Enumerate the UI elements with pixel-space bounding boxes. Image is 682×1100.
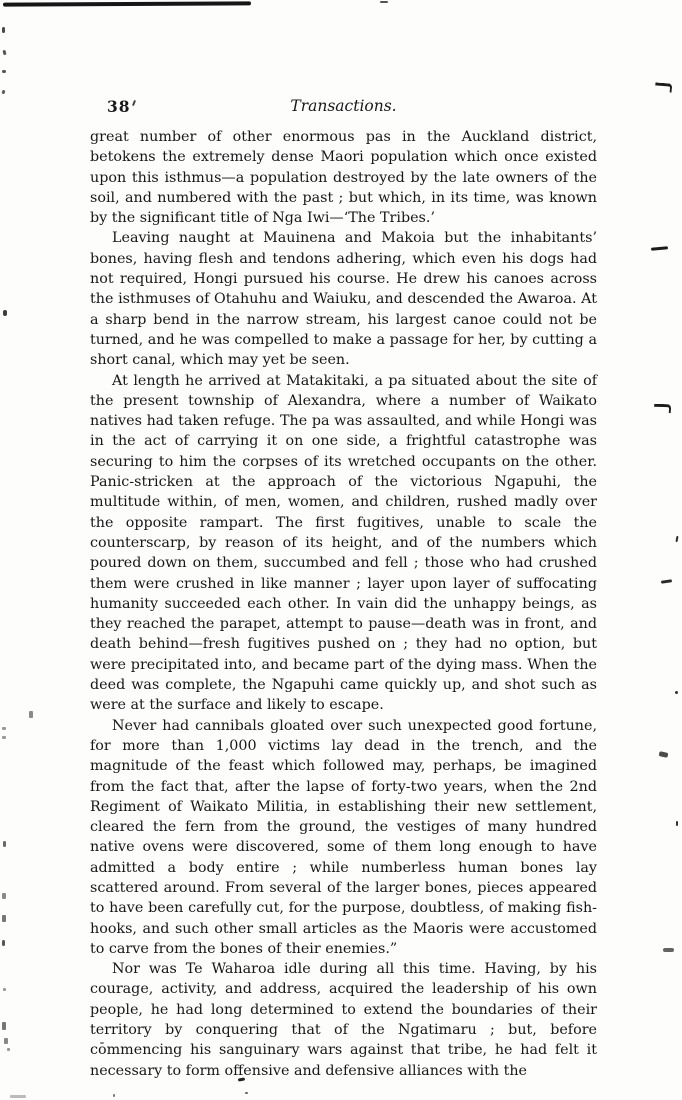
scan-artifact-bar [3, 1, 251, 6]
scan-speck [2, 70, 6, 73]
book-page: 38 Transactions. great number of other e… [0, 0, 682, 1100]
scan-speck [2, 1022, 6, 1030]
running-head-title: Transactions. [90, 97, 597, 115]
scan-speck [659, 751, 669, 758]
paragraph: Leaving naught at Mauinena and Makoia bu… [90, 228, 597, 370]
scan-speck [675, 691, 678, 694]
scan-speck [675, 536, 678, 542]
scan-speck [2, 27, 5, 33]
scan-speck [2, 736, 6, 739]
page-number: 38 [107, 97, 131, 116]
scan-speck [2, 893, 6, 899]
scan-speck [2, 727, 6, 730]
running-header: 38 Transactions. [90, 97, 597, 117]
scan-speck [2, 940, 5, 946]
scan-speck [113, 1094, 115, 1097]
scan-speck [7, 1048, 10, 1051]
scan-speck [29, 711, 33, 718]
scan-speck [10, 1095, 26, 1098]
scan-speck [380, 1, 388, 3]
scan-speck [4, 1038, 8, 1044]
paragraph: Nor was Te Waharoa idle during all this … [90, 959, 597, 1081]
paragraph: great number of other enormous pas in th… [90, 127, 597, 228]
scan-speck [3, 310, 7, 316]
scan-speck [655, 82, 673, 92]
scan-speck [2, 915, 6, 922]
page-body: great number of other enormous pas in th… [90, 127, 597, 1081]
paragraph: At length he arrived at Matakitaki, a pa… [90, 371, 597, 716]
scan-speck [663, 948, 674, 952]
scan-speck [654, 404, 671, 414]
scan-speck [1, 90, 5, 95]
scan-speck [2, 50, 6, 56]
scan-speck [245, 1092, 248, 1094]
scan-speck [3, 988, 6, 991]
scan-speck [661, 579, 672, 584]
scan-speck [3, 841, 6, 847]
paragraph: Never had cannibals gloated over such un… [90, 716, 597, 960]
scan-speck [651, 246, 668, 250]
scan-speck [676, 821, 678, 826]
